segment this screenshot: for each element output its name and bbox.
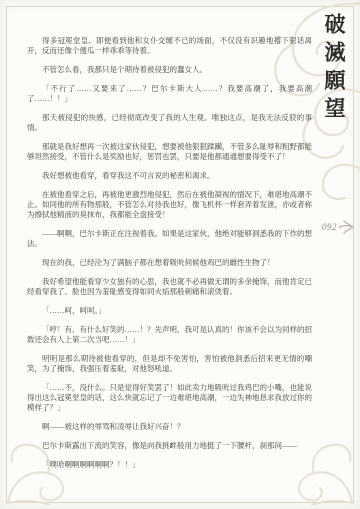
page-number-ornament-icon — [338, 220, 354, 234]
paragraph: 啊——被这样的辱骂和凌辱让我好兴奋！？ — [27, 422, 312, 432]
paragraph: 明明是那么期待被他看穿的，但是却不免害怕，害怕被他洞悉后招来更无情的嘲笑，为了掩… — [27, 354, 312, 374]
page-number: 092 — [322, 222, 337, 232]
paragraph: 我好希望他能看穿少女独有的心思，我也就不必再做无谓的多余掩饰，而他肯定已经看穿我… — [27, 277, 312, 297]
paragraph: 巴尔卡斯露出下流的笑容，像是向我挑衅般用力地挺了一下腰杆，刹那间—— — [27, 441, 312, 451]
paragraph: 那就是我好想再一次被这家伙侵犯，想要被他狠狠蹂躏，不管多么耻辱和粗野都能够坦然接… — [27, 142, 312, 162]
paragraph: 不管怎么看，我都只是个期待着被侵犯的蠢女人。 — [27, 65, 312, 75]
paragraph: 现在的我，已经沦为了满脑子都在想着吸吮伺候他鸡巴的雌性生物了！ — [27, 258, 312, 268]
paragraph: 「噗哈啊啊啊啊啊啊？！！」 — [27, 460, 312, 470]
book-title-vertical: 破滅願望 — [319, 13, 349, 125]
paragraph: ——啊啊，巴尔卡斯正在注视着我。如果是这家伙，他绝对能够洞悉我的下作的想法。 — [27, 229, 312, 249]
page-number-block: 092 — [322, 220, 354, 234]
book-page: 破滅願望 092 得多冠冕堂皇。即便看到他和女仆交缠不已的场面，不仅没有识趣地撂… — [0, 0, 360, 509]
body-text: 得多冠冕堂皇。即便看到他和女仆交缠不已的场面，不仅没有识趣地撂下狠话离开，反而还… — [27, 36, 312, 479]
paragraph: 得多冠冕堂皇。即便看到他和女仆交缠不已的场面，不仅没有识趣地撂下狠话离开，反而还… — [27, 36, 312, 56]
paragraph: 「哼！有、有什么好笑的……！？先声明，我可是认真的！你该不会以为同样的招数还会有… — [27, 325, 312, 345]
paragraph: 那天被侵犯的快感，已经彻底改变了我的人生观。唯独这点，是我无法反驳的事情。 — [27, 113, 312, 133]
paragraph: 「不行了……又要来了……？巴尔卡斯大人……？我要高潮了，我要高潮了……！！」 — [27, 84, 312, 104]
paragraph: 「……不，没什么。只是觉得好笑罢了！如此卖力地吸吮过我鸡巴的小嘴，也能说得出这么… — [27, 383, 312, 413]
paragraph: 「……呵，呵呵。」 — [27, 306, 312, 316]
paragraph: 我好想被他看穿，看穿我这不可言说的秘密和渴求。 — [27, 171, 312, 181]
paragraph: 在被他看穿之后，再被他更激烈地侵犯，然后在被他凝视的情况下，难堪地高潮不止。如同… — [27, 190, 312, 220]
